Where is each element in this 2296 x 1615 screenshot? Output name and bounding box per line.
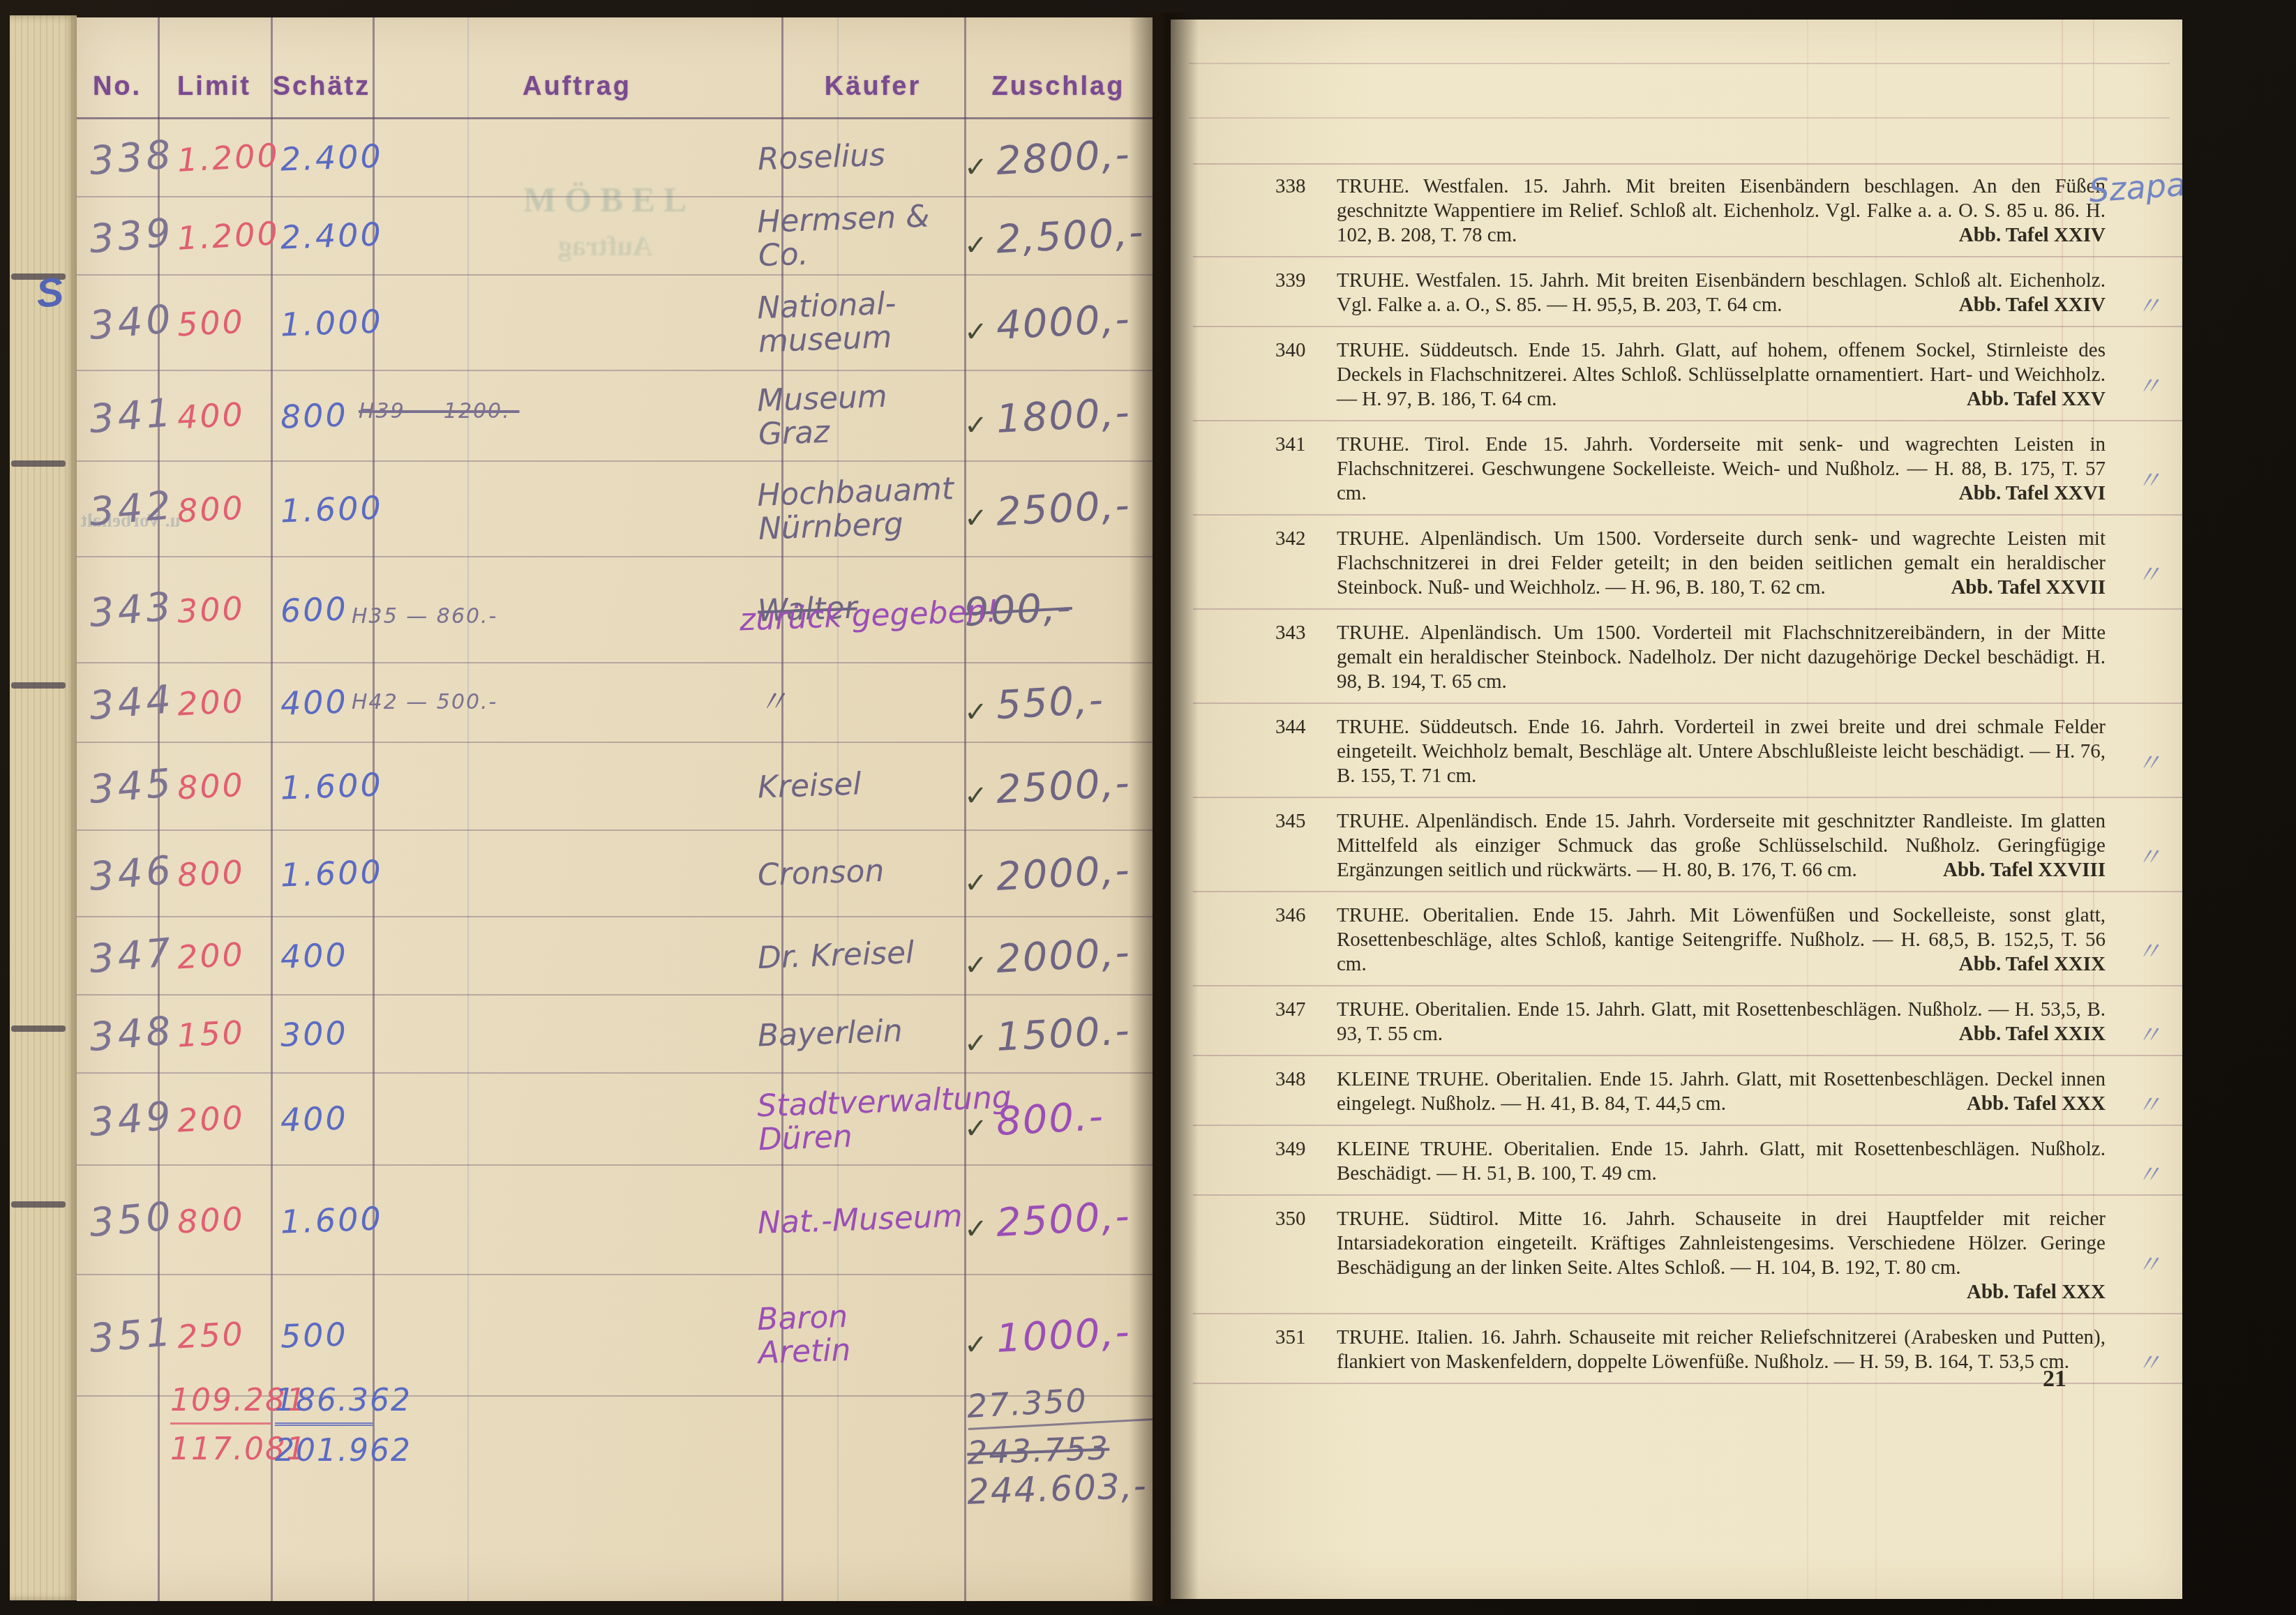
ledger-row: 3468001.600Cronson✓2000,- xyxy=(77,831,1153,917)
schaetz-value: 2.400 xyxy=(280,137,383,178)
catalog-entry: 346TRUHE. Oberitalien. Ende 15. Jahrh. M… xyxy=(1275,892,2106,986)
entry-text: TRUHE. Süddeutsch. Ende 16. Jahrh. Vorde… xyxy=(1337,715,2106,788)
column-header-no: No. xyxy=(93,72,142,102)
entry-text: TRUHE. Süddeutsch. Ende 15. Jahrh. Glatt… xyxy=(1337,338,2106,412)
catalog-entry: 347TRUHE. Oberitalien. Ende 15. Jahrh. G… xyxy=(1275,986,2106,1056)
catalog-entry: 339TRUHE. Westfalen. 15. Jahrh. Mit brei… xyxy=(1275,257,2106,327)
entry-number: 339 xyxy=(1275,269,1327,317)
ruled-line xyxy=(1189,117,2170,119)
limit-value: 400 xyxy=(177,396,246,437)
schaetz-value: 600 xyxy=(280,589,349,629)
limit-value: 200 xyxy=(177,936,246,977)
ledger-row: 341400800H39 — 1200.-Museum Graz✓1800,- xyxy=(77,371,1153,462)
limit-value: 300 xyxy=(177,589,246,631)
limit-value: 800 xyxy=(177,766,246,807)
entry-number: 347 xyxy=(1275,998,1327,1046)
check-icon: ✓ xyxy=(964,502,988,534)
catalog-entry: 345TRUHE. Alpenländisch. Ende 15. Jahrh.… xyxy=(1275,798,2106,892)
margin-ditto-mark: 〃 xyxy=(2136,1245,2161,1281)
entry-text: TRUHE. Tirol. Ende 15. Jahrh. Vorderseit… xyxy=(1337,433,2106,506)
column-header-limit: Limit xyxy=(177,72,251,102)
ledger-page: MÖBEL Auftrag u. Vorbehalt No. Limit Sch… xyxy=(77,17,1153,1601)
zuschlag-total-1: 27.350 xyxy=(966,1378,1153,1430)
margin-ditto-mark: 〃 xyxy=(2136,367,2161,403)
margin-ditto-mark: 〃 xyxy=(2136,287,2161,322)
ledger-row: 3381.2002.400Roselius✓2800,- xyxy=(77,119,1153,197)
zuschlag-total-3: 244.603,- xyxy=(966,1465,1153,1512)
book-spread: S MÖBEL Auftrag u. Vorbehalt No. Limit S… xyxy=(0,0,2296,1615)
schaetz-value: 300 xyxy=(280,1014,349,1053)
zuschlag-value: 4000,- xyxy=(995,296,1132,349)
kaeufer-name: Baron Aretin xyxy=(756,1300,851,1370)
check-icon: ✓ xyxy=(964,230,988,262)
limit-value: 200 xyxy=(177,1099,246,1140)
ledger-rows: 3381.2002.400Roselius✓2800,-3391.2002.40… xyxy=(77,119,1153,1397)
entry-number: 344 xyxy=(1275,715,1327,788)
kaeufer-name: National- museum xyxy=(756,287,897,359)
auftrag-note: H42 — 500.- xyxy=(352,690,497,714)
schaetz-value: 1.600 xyxy=(280,765,383,806)
check-icon: ✓ xyxy=(964,867,988,899)
kaeufer-name: Kreisel xyxy=(757,768,862,805)
catalog-entry: 340TRUHE. Süddeutsch. Ende 15. Jahrh. Gl… xyxy=(1275,327,2106,421)
limit-value: 1.200 xyxy=(177,136,280,179)
page-number: 21 xyxy=(2043,1366,2066,1392)
kaeufer-name: Hermsen & Co. xyxy=(756,199,965,272)
entry-number: 346 xyxy=(1275,903,1327,977)
zuschlag-value: 2000,- xyxy=(995,930,1132,982)
auftrag-note: H35 — 860.- xyxy=(352,604,497,629)
catalog-entry: 341TRUHE. Tirol. Ende 15. Jahrh. Vorders… xyxy=(1275,421,2106,516)
limit-total-2: 117.081 xyxy=(170,1432,271,1467)
check-icon: ✓ xyxy=(964,410,988,442)
schaetz-value: 400 xyxy=(280,1099,349,1139)
margin-ditto-mark: 〃 xyxy=(2136,838,2161,873)
entry-number: 343 xyxy=(1275,621,1327,694)
kaeufer-name: Roselius xyxy=(757,139,885,176)
binding-mark xyxy=(11,682,66,689)
entry-number: 341 xyxy=(1275,433,1327,506)
zuschlag-value: 2500,- xyxy=(995,760,1132,813)
kaeufer-name: Cronson xyxy=(757,855,885,892)
zuschlag-value: 1000,- xyxy=(995,1309,1132,1362)
margin-ditto-mark: 〃 xyxy=(2136,1016,2161,1051)
ledger-row: 348150300Bayerlein✓1500.- xyxy=(77,996,1153,1074)
margin-ditto-mark: 〃 xyxy=(2136,1344,2161,1379)
ledger-row: 343300600H35 — 860.-Walterzurück gegeben… xyxy=(77,557,1153,663)
zuschlag-value: 2000,- xyxy=(995,848,1132,900)
plate-reference: Abb. Tafel XXV xyxy=(1967,387,2106,412)
entry-number: 348 xyxy=(1275,1067,1327,1116)
schaetz-total-1: 186.362 xyxy=(275,1383,373,1426)
plate-reference: Abb. Tafel XXX xyxy=(1967,1280,2106,1305)
margin-buyer-note: Szapary xyxy=(2087,163,2182,210)
check-icon: ✓ xyxy=(964,696,988,728)
schaetz-value: 1.000 xyxy=(280,302,383,343)
plate-reference: Abb. Tafel XXIV xyxy=(1959,293,2106,317)
ledger-row: 347200400Dr. Kreisel✓2000,- xyxy=(77,917,1153,996)
schaetz-value: 1.600 xyxy=(280,852,383,894)
plate-reference: Abb. Tafel XXVI xyxy=(1959,481,2106,506)
check-icon: ✓ xyxy=(964,316,988,348)
page-edge-stack xyxy=(10,15,77,1600)
margin-ditto-mark: 〃 xyxy=(2136,744,2161,779)
entry-number: 340 xyxy=(1275,338,1327,412)
ledger-row: 3405001.000National- museum✓4000,- xyxy=(77,276,1153,371)
limit-total-1: 109.281 xyxy=(170,1383,271,1425)
entry-text: TRUHE. Alpenländisch. Um 1500. Vordertei… xyxy=(1337,621,2106,694)
catalog-page: 338TRUHE. Westfalen. 15. Jahrh. Mit brei… xyxy=(1171,20,2182,1599)
zuschlag-value: 2500,- xyxy=(995,1194,1132,1246)
kaeufer-name: Museum Graz xyxy=(756,380,889,451)
catalog-entry: 342TRUHE. Alpenländisch. Um 1500. Vorder… xyxy=(1275,516,2106,610)
plate-reference: Abb. Tafel XXIX xyxy=(1959,952,2106,977)
entry-number: 345 xyxy=(1275,809,1327,882)
limit-value: 1.200 xyxy=(177,214,280,257)
ledger-header-row: No. Limit Schätz Auftrag Käufer Zuschlag xyxy=(77,72,1153,102)
zuschlag-value: 1500.- xyxy=(995,1008,1132,1060)
column-header-kaeufer: Käufer xyxy=(825,72,921,102)
entry-number: 350 xyxy=(1275,1207,1327,1305)
zuschlag-value: 550,- xyxy=(995,677,1105,728)
entry-number: 342 xyxy=(1275,527,1327,600)
check-icon: ✓ xyxy=(964,1028,988,1060)
check-icon: ✓ xyxy=(964,949,988,982)
catalog-entry: 351TRUHE. Italien. 16. Jahrh. Schauseite… xyxy=(1275,1314,2106,1384)
kaeufer-name: Stadtverwaltung Düren xyxy=(756,1081,1013,1157)
check-icon: ✓ xyxy=(964,1329,988,1361)
ledger-row: 3508001.600Nat.-Museum✓2500,- xyxy=(77,1166,1153,1275)
ledger-row: 3428001.600Hochbauamt Nürnberg✓2500,- xyxy=(77,462,1153,557)
ledger-row: 3458001.600Kreisel✓2500,- xyxy=(77,743,1153,831)
binding-mark xyxy=(11,1026,66,1032)
plate-reference: Abb. Tafel XXIV xyxy=(1959,223,2106,248)
entry-text: TRUHE. Alpenländisch. Um 1500. Vordersei… xyxy=(1337,527,2106,600)
limit-value: 800 xyxy=(177,1199,246,1240)
entry-text: TRUHE. Italien. 16. Jahrh. Schauseite mi… xyxy=(1337,1325,2106,1374)
entry-number: 349 xyxy=(1275,1137,1327,1186)
column-header-schaetz: Schätz xyxy=(273,72,370,102)
entry-text: TRUHE. Südtirol. Mitte 16. Jahrh. Schaus… xyxy=(1337,1207,2106,1305)
kaeufer-name: Dr. Kreisel xyxy=(757,936,915,975)
limit-value: 500 xyxy=(177,302,246,343)
margin-ditto-mark: 〃 xyxy=(2136,1086,2161,1121)
catalog-entry: 350TRUHE. Südtirol. Mitte 16. Jahrh. Sch… xyxy=(1275,1196,2106,1314)
kaeufer-name: Nat.-Museum xyxy=(757,1200,963,1240)
zuschlag-value: 2800,- xyxy=(995,132,1132,184)
limit-value: 250 xyxy=(177,1315,246,1356)
ledger-totals: 109.281 117.081 186.362 201.962 27.350 2… xyxy=(77,1383,1153,1509)
ledger-row: 349200400Stadtverwaltung Düren✓800.- xyxy=(77,1074,1153,1166)
plate-reference: Abb. Tafel XXVIII xyxy=(1943,858,2106,882)
catalog-entry: 349KLEINE TRUHE. Oberitalien. Ende 15. J… xyxy=(1275,1126,2106,1196)
schaetz-value: 1.600 xyxy=(280,1199,383,1240)
margin-ditto-mark: 〃 xyxy=(2136,461,2161,497)
catalog-entry: 344TRUHE. Süddeutsch. Ende 16. Jahrh. Vo… xyxy=(1275,704,2106,798)
plate-reference: Abb. Tafel XXIX xyxy=(1959,1022,2106,1046)
entry-text: TRUHE. Westfalen. 15. Jahrh. Mit breiten… xyxy=(1337,269,2106,317)
limit-value: 800 xyxy=(177,853,246,894)
catalog-entry-list: 338TRUHE. Westfalen. 15. Jahrh. Mit brei… xyxy=(1275,163,2106,1384)
entry-text: TRUHE. Westfalen. 15. Jahrh. Mit breiten… xyxy=(1337,174,2106,248)
schaetz-total-2: 201.962 xyxy=(275,1433,373,1468)
schaetz-value: 400 xyxy=(280,682,349,722)
binding-mark xyxy=(11,1201,66,1208)
zuschlag-value: 2500,- xyxy=(995,483,1132,535)
schaetz-value: 1.600 xyxy=(280,488,383,529)
catalog-entry: 343TRUHE. Alpenländisch. Um 1500. Vorder… xyxy=(1275,610,2106,704)
ledger-row: 351250500Baron Aretin✓1000,- xyxy=(77,1275,1153,1397)
limit-value: 150 xyxy=(177,1014,246,1055)
ledger-row: 3391.2002.400Hermsen & Co.✓2,500,- xyxy=(77,197,1153,276)
zuschlag-value: 1800,- xyxy=(995,390,1132,442)
schaetz-value: 800 xyxy=(280,396,349,435)
ruled-line xyxy=(1189,63,2170,64)
margin-ditto-mark: 〃 xyxy=(2136,555,2161,591)
zuschlag-total-2: 243.753 xyxy=(966,1427,1153,1471)
column-header-auftrag: Auftrag xyxy=(523,72,631,102)
entry-text: TRUHE. Oberitalien. Ende 15. Jahrh. Glat… xyxy=(1337,998,2106,1046)
entry-text: TRUHE. Alpenländisch. Ende 15. Jahrh. Vo… xyxy=(1337,809,2106,882)
limit-value: 800 xyxy=(177,488,246,529)
column-header-zuschlag: Zuschlag xyxy=(992,72,1125,102)
plate-reference: Abb. Tafel XXX xyxy=(1967,1092,2106,1116)
entry-text: KLEINE TRUHE. Oberitalien. Ende 15. Jahr… xyxy=(1337,1137,2106,1186)
margin-ditto-mark: 〃 xyxy=(2136,932,2161,968)
check-icon: ✓ xyxy=(964,1213,988,1245)
kaeufer-name: Hochbauamt Nürnberg xyxy=(756,472,955,546)
kaeufer-name: Bayerlein xyxy=(757,1015,903,1053)
plate-reference: Abb. Tafel XXVII xyxy=(1951,576,2106,600)
check-icon: ✓ xyxy=(964,151,988,183)
schaetz-value: 500 xyxy=(280,1315,349,1355)
auftrag-note: H39 — 1200.- xyxy=(359,399,520,423)
entry-number: 338 xyxy=(1275,174,1327,248)
schaetz-value: 400 xyxy=(280,936,349,975)
entry-number: 351 xyxy=(1275,1325,1327,1374)
check-icon: ✓ xyxy=(964,780,988,812)
entry-text: TRUHE. Oberitalien. Ende 15. Jahrh. Mit … xyxy=(1337,903,2106,977)
margin-ditto-mark: 〃 xyxy=(2136,1155,2161,1191)
margin-letter-s: S xyxy=(34,268,66,317)
limit-value: 200 xyxy=(177,682,246,723)
catalog-entry: 338TRUHE. Westfalen. 15. Jahrh. Mit brei… xyxy=(1275,163,2106,257)
zuschlag-value: 2,500,- xyxy=(995,209,1145,262)
schaetz-value: 2.400 xyxy=(280,215,383,256)
kaeufer-name: 〃 xyxy=(757,685,789,719)
catalog-entry: 348KLEINE TRUHE. Oberitalien. Ende 15. J… xyxy=(1275,1056,2106,1126)
entry-text: KLEINE TRUHE. Oberitalien. Ende 15. Jahr… xyxy=(1337,1067,2106,1116)
binding-mark xyxy=(11,460,66,467)
ledger-row: 344200400H42 — 500.-〃✓550,- xyxy=(77,663,1153,743)
